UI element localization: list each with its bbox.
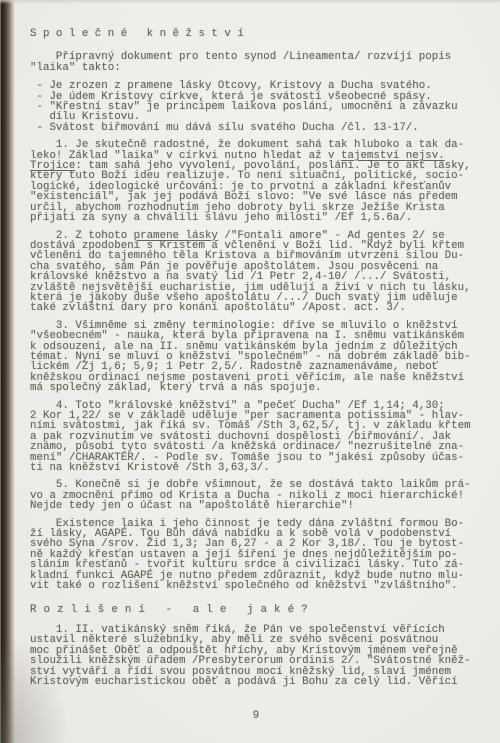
text-line: Kristovým eucharistickou oběť a podává j… [30,677,482,687]
text-line: "laika" takto: [30,63,482,73]
text-line: R o z l i š e n í - a l e j a k é ? [30,605,482,615]
scan-left-edge-shadow [0,0,15,743]
text-segment: ti na kněžství Kristově /Sth 3,63,3/. [30,462,270,474]
text-segment: Nejde tedy jen o účast na "apoštolátě hi… [30,500,354,512]
text-segment: R o z l i š e n í - a l e j a k é ? [30,604,308,616]
text-line: - Svátost biřmování mu dává sílu svatého… [30,123,482,133]
paragraph: 2. Z tohoto pramene lásky /"Fontali amor… [30,231,482,314]
text-segment: také zvláštní dary pro konání apoštolátu… [30,302,406,314]
paragraph: 5. Konečně si je dobře všimnout, že se d… [30,480,482,511]
paragraph: Existence laika i jeho činnost je tedy d… [30,519,482,592]
scanned-document-page: S p o l e č n é k n ě ž s t v í Přípravn… [0,0,500,743]
section-heading: R o z l i š e n í - a l e j a k é ? [30,605,482,615]
text-segment: S p o l e č n é k n ě ž s t v í [30,28,244,40]
text-line: Nejde tedy jen o účast na "apoštolátě hi… [30,501,482,511]
text-line: přijati za syny a chválili slávu jeho mi… [30,213,482,223]
text-segment: přijati za syny a chválili slávu jeho mi… [30,212,412,224]
text-line: má společný základ, který trvá a nás spo… [30,383,482,393]
text-segment: vit také o rozlišení kněžství společného… [30,580,458,592]
text-line: S p o l e č n é k n ě ž s t v í [30,29,482,39]
paragraph: 1. II. vatikánský sněm říká, že Pán ve s… [30,625,482,687]
scan-top-fade [0,0,500,4]
text-body: S p o l e č n é k n ě ž s t v í Přípravn… [30,29,482,722]
text-line: vit také o rozlišení kněžství společného… [30,581,482,591]
paragraph: 3. Všimněme si změny terminologie: dříve… [30,321,482,394]
text-line: také zvláštní dary pro konání apoštolátu… [30,303,482,313]
text-line: ti na kněžství Kristově /Sth 3,63,3/. [30,463,482,473]
text-segment: Kristovým eucharistickou oběť a podává j… [30,676,458,688]
bullet-list: - Je zrozen z pramene lásky Otcovy, Kris… [30,81,482,133]
text-segment: - Svátost biřmování mu dává sílu svatého… [30,122,419,134]
paragraph: 4. Toto "královské kněžství" a "pečeť Du… [30,401,482,474]
paragraph: 1. Je skutečně radostné, že dokument sah… [30,140,482,223]
text-segment: "laika" takto: [30,62,121,74]
document-title: S p o l e č n é k n ě ž s t v í [30,29,482,39]
paragraph: Přípravný dokument pro tento synod /Line… [30,52,482,73]
page-number: 9 [30,711,482,721]
text-segment: má společný základ, který trvá a nás spo… [30,382,322,394]
